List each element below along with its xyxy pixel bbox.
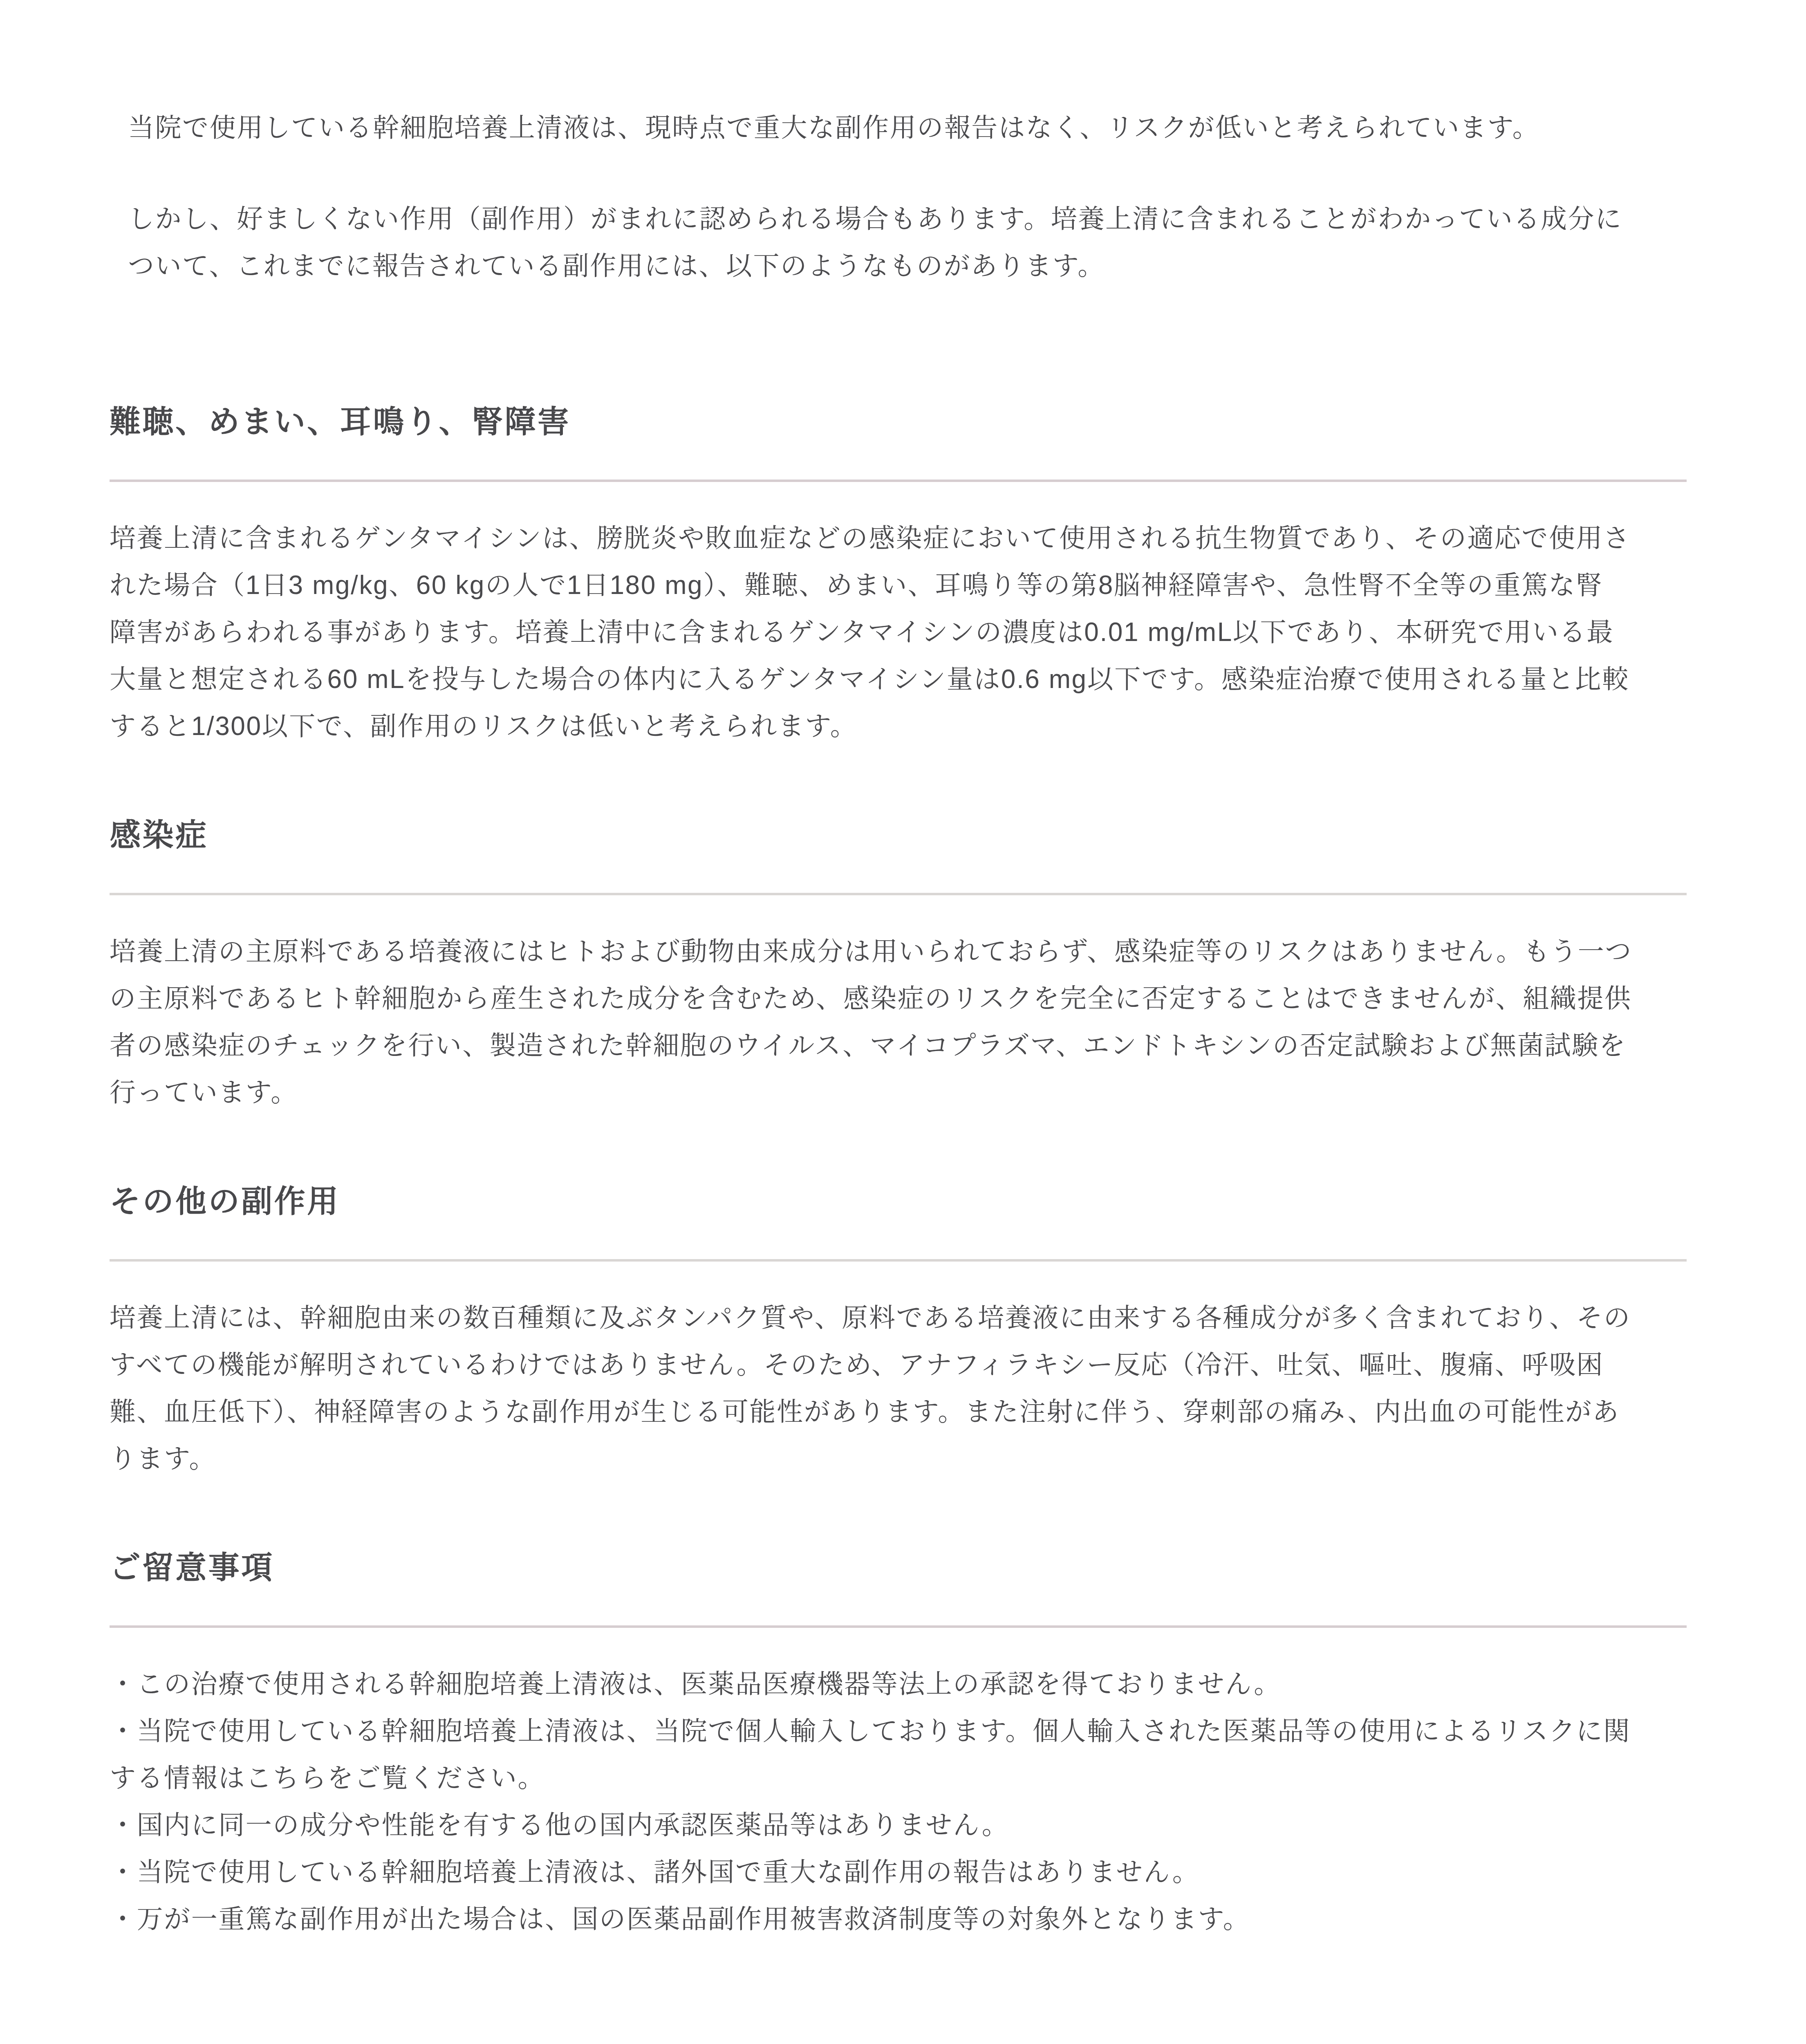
section-body-other-side-effects: 培養上清には、幹細胞由来の数百種類に及ぶタンパク質や、原料である培養液に由来する… [110,1294,1687,1482]
section-heading-notices: ご留意事項 [110,1546,1687,1591]
section-heading-other-side-effects: その他の副作用 [110,1179,1687,1224]
section-divider [110,1625,1687,1628]
notice-list: ・この治療で使用される幹細胞培養上清液は、医薬品医療機器等法上の承認を得ておりま… [110,1661,1687,1943]
section-divider [110,893,1687,895]
notice-item: ・この治療で使用される幹細胞培養上清液は、医薬品医療機器等法上の承認を得ておりま… [110,1661,1687,1708]
section-body-hearing-kidney: 培養上清に含まれるゲンタマイシンは、膀胱炎や敗血症などの感染症において使用される… [110,515,1687,750]
section-divider [110,1259,1687,1262]
notice-item: ・万が一重篤な副作用が出た場合は、国の医薬品副作用被害救済制度等の対象外となりま… [110,1896,1687,1943]
section-body-infection: 培養上清の主原料である培養液にはヒトおよび動物由来成分は用いられておらず、感染症… [110,928,1687,1116]
intro-paragraph-2: しかし、好ましくない作用（副作用）がまれに認められる場合もあります。培養上清に含… [110,195,1687,289]
document-page: 当院で使用している幹細胞培養上清液は、現時点で重大な副作用の報告はなく、リスクが… [0,0,1806,2044]
section-heading-infection: 感染症 [110,813,1687,858]
section-divider [110,480,1687,482]
section-heading-hearing-kidney: 難聴、めまい、耳鳴り、腎障害 [110,400,1687,445]
notice-item: ・当院で使用している幹細胞培養上清液は、諸外国で重大な副作用の報告はありません。 [110,1849,1687,1896]
intro-paragraph-1: 当院で使用している幹細胞培養上清液は、現時点で重大な副作用の報告はなく、リスクが… [110,104,1687,151]
notice-item: ・当院で使用している幹細胞培養上清液は、当院で個人輸入しております。個人輸入され… [110,1708,1687,1802]
notice-item: ・国内に同一の成分や性能を有する他の国内承認医薬品等はありません。 [110,1802,1687,1849]
